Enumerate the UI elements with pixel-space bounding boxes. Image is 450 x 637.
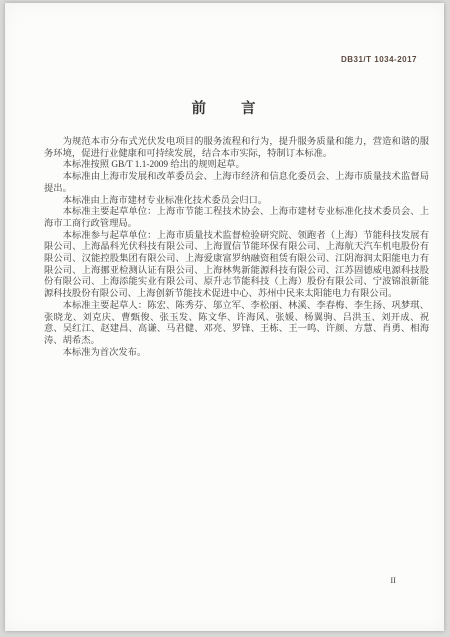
page-title: 前 言 (5, 97, 444, 118)
foreword-body: 为规范本市分布式光伏发电项目的服务流程和行为，提升服务质量和能力，营造和谐的服务… (44, 137, 429, 359)
scanned-document-page: DB31/T 1034-2017 前 言 为规范本市分布式光伏发电项目的服务流程… (0, 0, 450, 637)
page-number: II (390, 575, 396, 585)
paragraph-first-release: 本标准为首次发布。 (44, 348, 429, 360)
paragraph-under-jurisdiction: 本标准由上海市建材专业标准化技术委员会归口。 (44, 196, 429, 208)
paragraph-proposed-by: 本标准由上海市发展和改革委员会、上海市经济和信息化委员会、上海市质量技术监督局提… (44, 172, 429, 195)
paragraph-participating-units: 本标准参与起草单位：上海市质量技术监督检验研究院、领跑者（上海）节能科技发展有限… (44, 231, 429, 301)
paper-sheet: DB31/T 1034-2017 前 言 为规范本市分布式光伏发电项目的服务流程… (5, 3, 444, 631)
standard-number-header: DB31/T 1034-2017 (5, 55, 417, 64)
paragraph-main-drafting-units: 本标准主要起草单位：上海市节能工程技术协会、上海市建材专业标准化技术委员会、上海… (44, 207, 429, 230)
paragraph-scope: 为规范本市分布式光伏发电项目的服务流程和行为，提升服务质量和能力，营造和谐的服务… (44, 137, 429, 160)
paragraph-drafting-rule: 本标准按照 GB/T 1.1-2009 给出的规则起草。 (44, 160, 429, 172)
paragraph-main-drafters: 本标准主要起草人：陈宏、陈秀芬、邬立军、李松丽、林溪、李春梅、李生扬、巩梦琪、张… (44, 301, 429, 348)
